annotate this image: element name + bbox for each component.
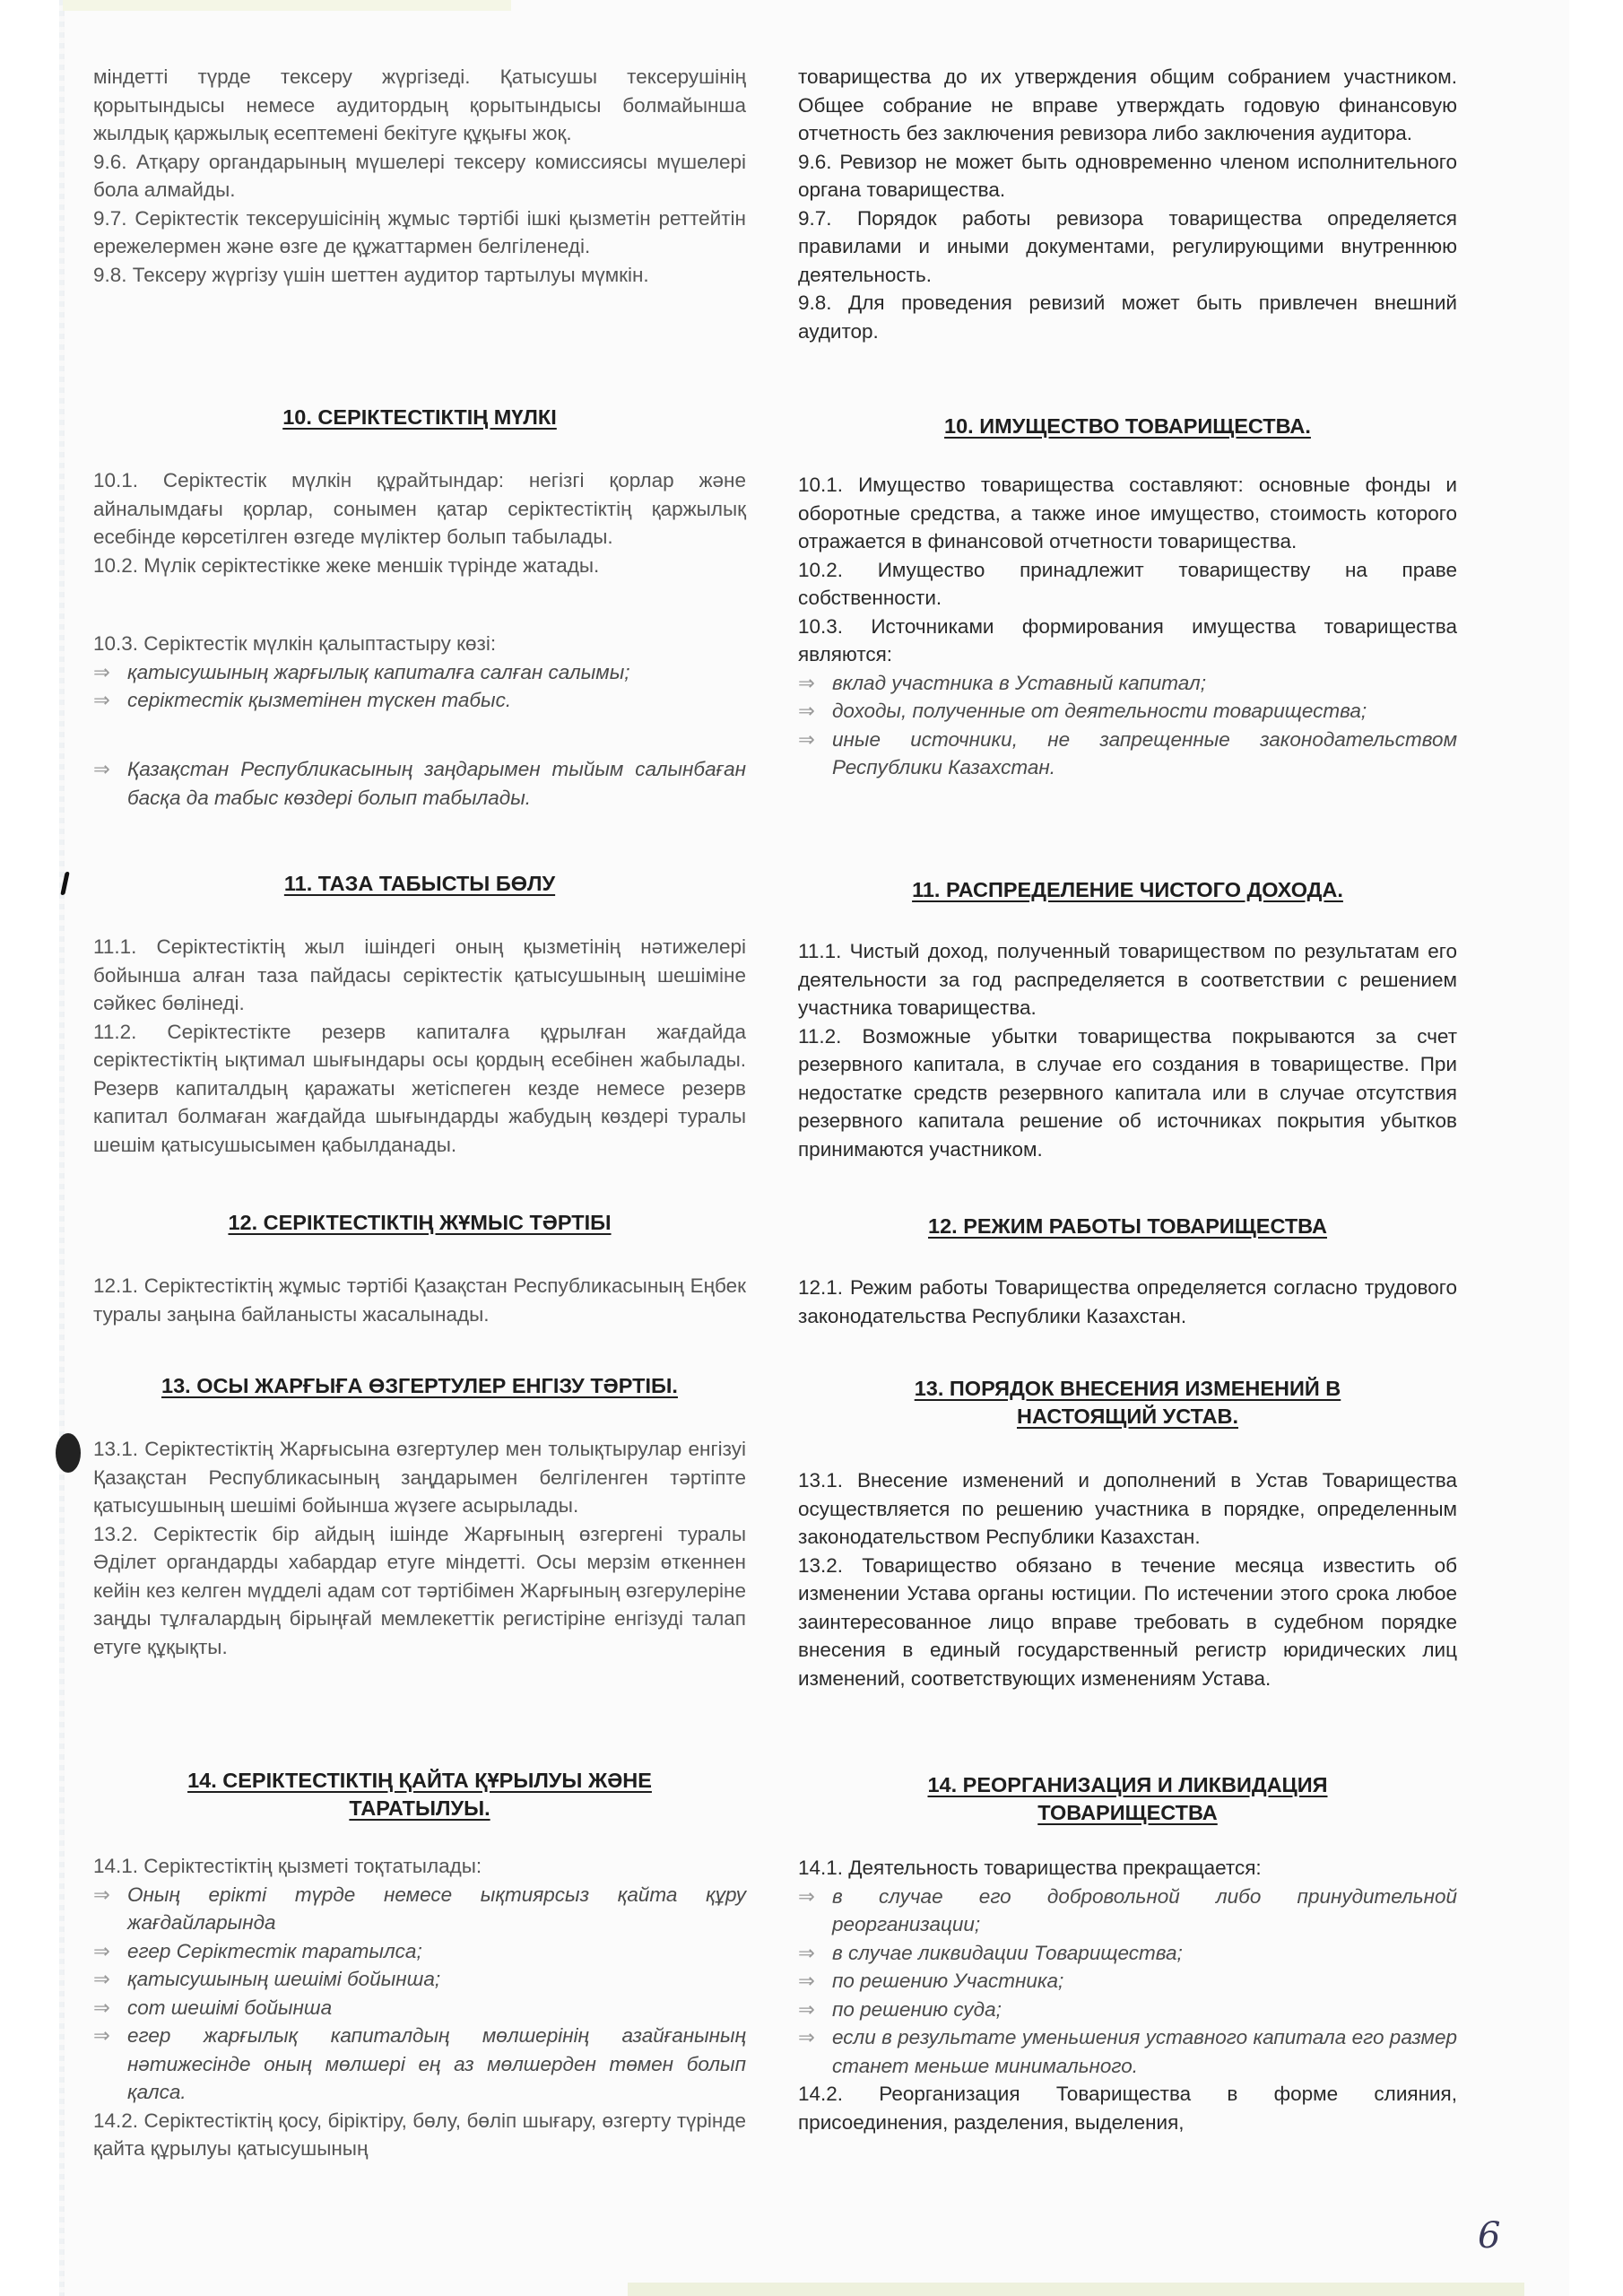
paragraph-11-2: 11.2. Серіктестікте резерв капиталға құр… xyxy=(93,1018,746,1160)
section-heading: 10. СЕРІКТЕСТІКТІҢ МҮЛКІ xyxy=(93,404,746,431)
section-heading: 13. ОСЫ ЖАРҒЫҒА ӨЗГЕРТУЛЕР ЕНГІЗУ ТӘРТІБ… xyxy=(93,1372,746,1400)
section-14: 14. РЕОРГАНИЗАЦИЯ И ЛИКВИДАЦИЯ ТОВАРИЩЕС… xyxy=(798,1771,1457,1827)
section-heading: 14. СЕРІКТЕСТІКТІҢ ҚАЙТА ҚҰРЫЛУЫ ЖӘНЕ xyxy=(93,1767,746,1795)
paragraph-14-2: 14.2. Серіктестіктің қосу, біріктіру, бө… xyxy=(93,2107,746,2163)
section-11-body: 11.1. Чистый доход, полученный товарищес… xyxy=(798,937,1457,1163)
section-11: 11. РАСПРЕДЕЛЕНИЕ ЧИСТОГО ДОХОДА. xyxy=(798,876,1457,904)
list-item: в случае ликвидации Товарищества; xyxy=(798,1939,1457,1968)
paragraph-13-1: 13.1. Внесение изменений и дополнений в … xyxy=(798,1466,1457,1552)
section-10-body: 10.1. Имущество товарищества составляют:… xyxy=(798,471,1457,782)
paragraph-10-2: 10.2. Мүлік серіктестікке жеке меншік тү… xyxy=(93,552,746,580)
section-10-3: 10.3. Серіктестік мүлкін қалыптастыру кө… xyxy=(93,630,746,715)
section-12: 12. РЕЖИМ РАБОТЫ ТОВАРИЩЕСТВА xyxy=(798,1213,1457,1240)
paragraph: товарищества до их утверждения общим соб… xyxy=(798,63,1457,148)
list-item: по решению суда; xyxy=(798,1996,1457,2024)
list-item: қатысушының жарғылық капиталға салған са… xyxy=(93,658,746,687)
section-heading: 10. ИМУЩЕСТВО ТОВАРИЩЕСТВА. xyxy=(798,413,1457,440)
section-14-body: 14.1. Деятельность товарищества прекраща… xyxy=(798,1854,1457,2136)
section-12-body: 12.1. Режим работы Товарищества определя… xyxy=(798,1274,1457,1330)
section-13-body: 13.1. Внесение изменений и дополнений в … xyxy=(798,1466,1457,1692)
paragraph-10-1: 10.1. Имущество товарищества составляют:… xyxy=(798,471,1457,556)
list-item: вклад участника в Уставный капитал; xyxy=(798,669,1457,698)
section-heading: ТОВАРИЩЕСТВА xyxy=(798,1799,1457,1827)
list-item: доходы, полученные от деятельности товар… xyxy=(798,697,1457,726)
list-item: по решению Участника; xyxy=(798,1967,1457,1996)
section-10-3-extra: Қазақстан Республикасының заңдарымен тый… xyxy=(93,755,746,812)
section-14-body: 14.1. Серіктестіктің қызметі тоқтатылады… xyxy=(93,1852,746,2163)
paragraph-14-1: 14.1. Деятельность товарищества прекраща… xyxy=(798,1854,1457,1883)
section-heading: 11. РАСПРЕДЕЛЕНИЕ ЧИСТОГО ДОХОДА. xyxy=(798,876,1457,904)
section-13: 13. ПОРЯДОК ВНЕСЕНИЯ ИЗМЕНЕНИЙ В НАСТОЯЩ… xyxy=(798,1375,1457,1431)
paragraph: міндетті түрде тексеру жүргізеді. Қатысу… xyxy=(93,63,746,148)
paragraph-11-2: 11.2. Возможные убытки товарищества покр… xyxy=(798,1022,1457,1164)
paragraph-13-1: 13.1. Серіктестіктің Жарғысына өзгертуле… xyxy=(93,1435,746,1520)
list-item: егер Серіктестік таратылса; xyxy=(93,1937,746,1966)
list-item: егер жарғылық капиталдың мөлшерінің азай… xyxy=(93,2022,746,2107)
section-12-body: 12.1. Серіктестіктің жұмыс тәртібі Қазақ… xyxy=(93,1272,746,1328)
paragraph-9-6: 9.6. Атқару органдарының мүшелері тексер… xyxy=(93,148,746,204)
continuation-block: міндетті түрде тексеру жүргізеді. Қатысу… xyxy=(93,63,746,289)
continuation-block: товарищества до их утверждения общим соб… xyxy=(798,63,1457,345)
section-heading: 12. СЕРІКТЕСТІКТІҢ ЖҰМЫС ТӘРТІБІ xyxy=(93,1209,746,1237)
section-10-body: 10.1. Серіктестік мүлкін құрайтындар: не… xyxy=(93,466,746,579)
paragraph-9-7: 9.7. Порядок работы ревизора товариществ… xyxy=(798,204,1457,290)
section-heading: 13. ПОРЯДОК ВНЕСЕНИЯ ИЗМЕНЕНИЙ В xyxy=(798,1375,1457,1403)
section-11-body: 11.1. Серіктестіктің жыл ішіндегі оның қ… xyxy=(93,933,746,1159)
section-13: 13. ОСЫ ЖАРҒЫҒА ӨЗГЕРТУЛЕР ЕНГІЗУ ТӘРТІБ… xyxy=(93,1372,746,1400)
section-13-body: 13.1. Серіктестіктің Жарғысына өзгертуле… xyxy=(93,1435,746,1661)
section-14: 14. СЕРІКТЕСТІКТІҢ ҚАЙТА ҚҰРЫЛУЫ ЖӘНЕ ТА… xyxy=(93,1767,746,1822)
paragraph-9-8: 9.8. Для проведения ревизий может быть п… xyxy=(798,289,1457,345)
scan-margin-left xyxy=(0,0,63,2296)
section-10: 10. ИМУЩЕСТВО ТОВАРИЩЕСТВА. xyxy=(798,413,1457,440)
punch-hole xyxy=(56,1433,81,1473)
list-item: в случае его добровольной либо принудите… xyxy=(798,1883,1457,1939)
list-item: если в результате уменьшения уставного к… xyxy=(798,2023,1457,2080)
paragraph-10-3: 10.3. Источниками формирования имущества… xyxy=(798,613,1457,669)
paragraph-12-1: 12.1. Серіктестіктің жұмыс тәртібі Қазақ… xyxy=(93,1272,746,1328)
scan-artifact-top xyxy=(63,0,511,11)
section-11: 11. ТАЗА ТАБЫСТЫ БӨЛУ xyxy=(93,870,746,898)
section-12: 12. СЕРІКТЕСТІКТІҢ ЖҰМЫС ТӘРТІБІ xyxy=(93,1209,746,1237)
section-heading: 11. ТАЗА ТАБЫСТЫ БӨЛУ xyxy=(93,870,746,898)
paragraph-10-1: 10.1. Серіктестік мүлкін құрайтындар: не… xyxy=(93,466,746,552)
section-10: 10. СЕРІКТЕСТІКТІҢ МҮЛКІ xyxy=(93,404,746,431)
paragraph-11-1: 11.1. Серіктестіктің жыл ішіндегі оның қ… xyxy=(93,933,746,1018)
section-heading: 14. РЕОРГАНИЗАЦИЯ И ЛИКВИДАЦИЯ xyxy=(798,1771,1457,1799)
page-number: 6 xyxy=(1478,2215,1500,2257)
section-heading: НАСТОЯЩИЙ УСТАВ. xyxy=(798,1403,1457,1431)
paragraph-12-1: 12.1. Режим работы Товарищества определя… xyxy=(798,1274,1457,1330)
list-item: Қазақстан Республикасының заңдарымен тый… xyxy=(93,755,746,812)
list-item: Оның ерікті түрде немесе ықтиярсыз қайта… xyxy=(93,1881,746,1937)
section-heading: ТАРАТЫЛУЫ. xyxy=(93,1795,746,1822)
scan-margin-right xyxy=(1569,0,1623,2296)
list-item: қатысушының шешімі бойынша; xyxy=(93,1965,746,1994)
paragraph-10-2: 10.2. Имущество принадлежит товариществу… xyxy=(798,556,1457,613)
page-edge xyxy=(59,0,65,2296)
scan-artifact-bottom xyxy=(628,2283,1524,2296)
list-item: иные источники, не запрещенные законодат… xyxy=(798,726,1457,782)
paragraph-14-2: 14.2. Реорганизация Товарищества в форме… xyxy=(798,2080,1457,2136)
paragraph-11-1: 11.1. Чистый доход, полученный товарищес… xyxy=(798,937,1457,1022)
paragraph-13-2: 13.2. Товарищество обязано в течение мес… xyxy=(798,1552,1457,1693)
paragraph-9-7: 9.7. Серіктестік тексерушісінің жұмыс тә… xyxy=(93,204,746,261)
paragraph-13-2: 13.2. Серіктестік бір айдың ішінде Жарғы… xyxy=(93,1520,746,1662)
paragraph-14-1: 14.1. Серіктестіктің қызметі тоқтатылады… xyxy=(93,1852,746,1881)
paragraph-9-6: 9.6. Ревизор не может быть одновременно … xyxy=(798,148,1457,204)
list-item: сот шешімі бойынша xyxy=(93,1994,746,2022)
section-heading: 12. РЕЖИМ РАБОТЫ ТОВАРИЩЕСТВА xyxy=(798,1213,1457,1240)
list-item: серіктестік қызметінен түскен табыс. xyxy=(93,686,746,715)
paragraph-10-3: 10.3. Серіктестік мүлкін қалыптастыру кө… xyxy=(93,630,746,658)
paragraph-9-8: 9.8. Тексеру жүргізу үшін шеттен аудитор… xyxy=(93,261,746,290)
